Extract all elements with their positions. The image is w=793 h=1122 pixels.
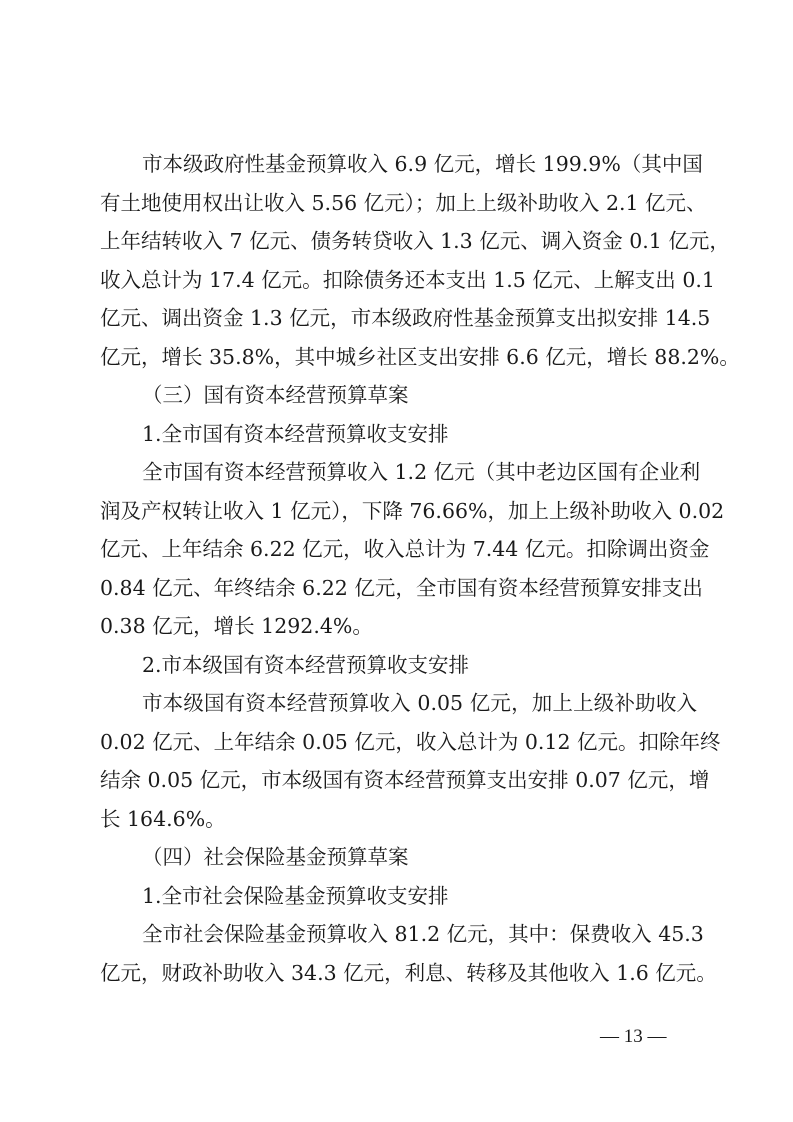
paragraph-line: 长 164.6%。 <box>100 804 697 834</box>
paragraph-line: 亿元、调出资金 1.3 亿元，市本级政府性基金预算支出拟安排 14.5 <box>100 303 697 333</box>
paragraph-line: 亿元，财政补助收入 34.3 亿元，利息、转移及其他收入 1.6 亿元。 <box>100 958 697 988</box>
paragraph-line: 0.02 亿元、上年结余 0.05 亿元，收入总计为 0.12 亿元。扣除年终 <box>100 727 697 757</box>
paragraph-line: 全市社会保险基金预算收入 81.2 亿元，其中：保费收入 45.3 <box>142 919 697 949</box>
paragraph-line: 收入总计为 17.4 亿元。扣除债务还本支出 1.5 亿元、上解支出 0.1 <box>100 265 697 295</box>
paragraph-line: 0.84 亿元、年终结余 6.22 亿元，全市国有资本经营预算安排支出 <box>100 573 697 603</box>
subsection-heading: 2.市本级国有资本经营预算收支安排 <box>142 650 697 680</box>
paragraph-line: 市本级政府性基金预算收入 6.9 亿元，增长 199.9%（其中国 <box>142 149 697 179</box>
section-heading: （四）社会保险基金预算草案 <box>142 842 697 872</box>
paragraph-line: 有土地使用权出让收入 5.56 亿元）；加上上级补助收入 2.1 亿元、 <box>100 188 697 218</box>
paragraph-line: 全市国有资本经营预算收入 1.2 亿元（其中老边区国有企业利 <box>142 457 697 487</box>
paragraph-line: 结余 0.05 亿元，市本级国有资本经营预算支出安排 0.07 亿元，增 <box>100 765 697 795</box>
document-page: 市本级政府性基金预算收入 6.9 亿元，增长 199.9%（其中国 有土地使用权… <box>0 0 793 1122</box>
paragraph-line: 润及产权转让收入 1 亿元），下降 76.66%，加上上级补助收入 0.02 <box>100 496 697 526</box>
page-number: — 13 — <box>600 1025 667 1049</box>
subsection-heading: 1.全市社会保险基金预算收支安排 <box>142 881 697 911</box>
section-heading: （三）国有资本经营预算草案 <box>142 380 697 410</box>
paragraph-line: 亿元、上年结余 6.22 亿元，收入总计为 7.44 亿元。扣除调出资金 <box>100 534 697 564</box>
paragraph-line: 上年结转收入 7 亿元、债务转贷收入 1.3 亿元、调入资金 0.1 亿元， <box>100 226 697 256</box>
paragraph-line: 0.38 亿元，增长 1292.4%。 <box>100 611 697 641</box>
subsection-heading: 1.全市国有资本经营预算收支安排 <box>142 419 697 449</box>
paragraph-line: 亿元，增长 35.8%，其中城乡社区支出安排 6.6 亿元，增长 88.2%。 <box>100 342 697 372</box>
paragraph-line: 市本级国有资本经营预算收入 0.05 亿元，加上上级补助收入 <box>142 688 697 718</box>
